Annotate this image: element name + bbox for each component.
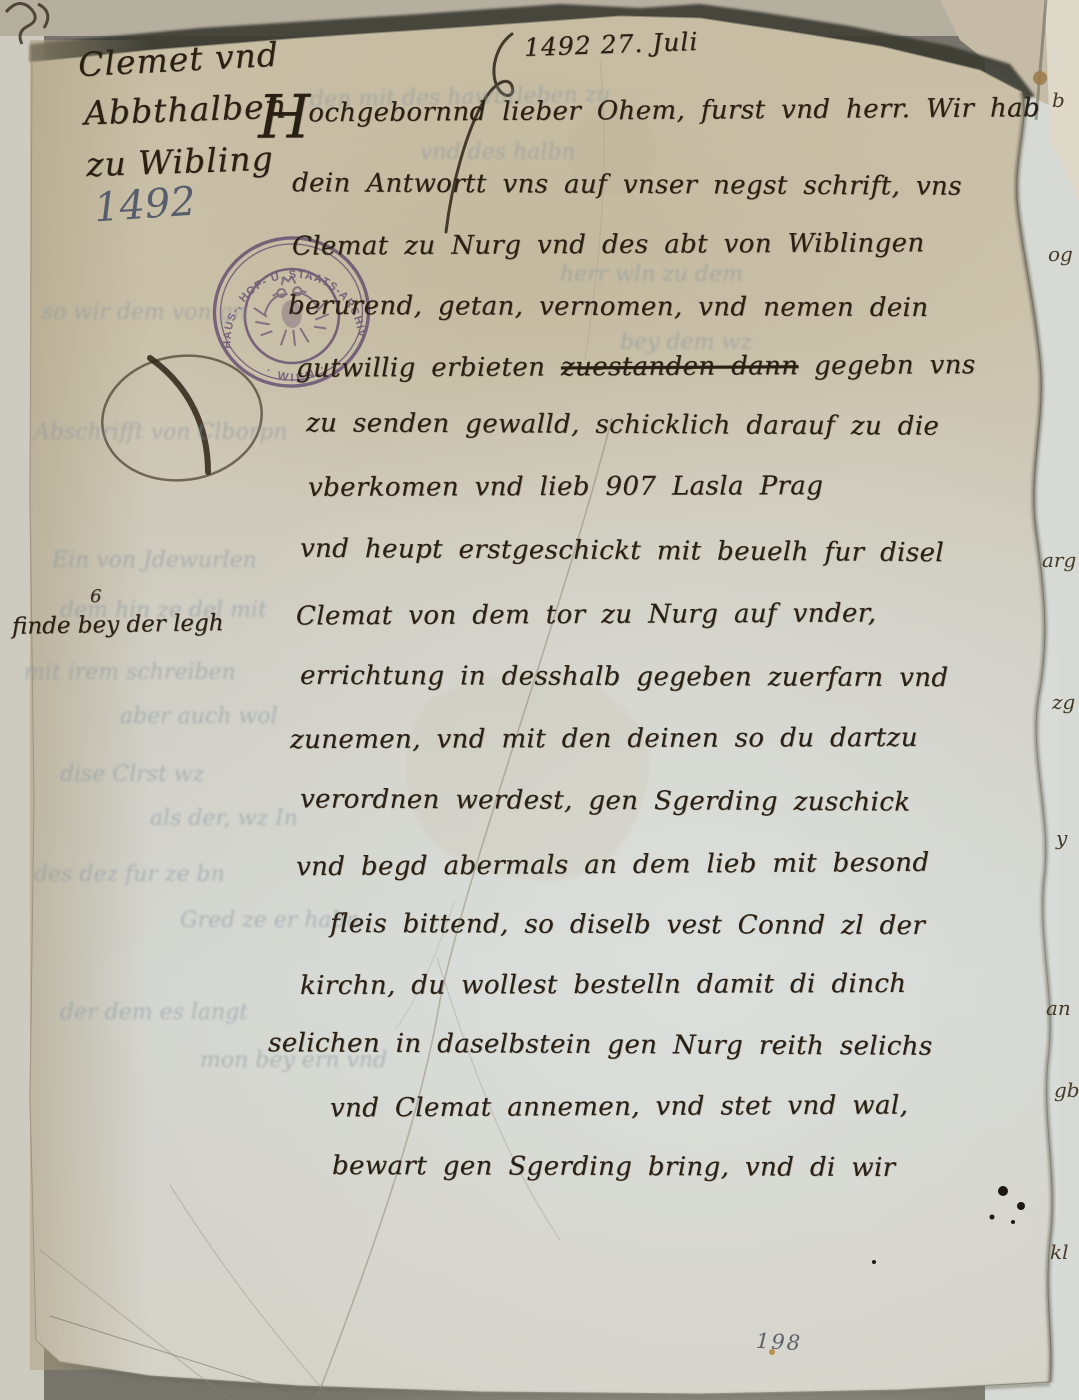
margin-year: 1492 [93,179,198,232]
manuscript-line: Clemat von dem tor zu Nurg auf vnder, [296,598,876,631]
margin-note-number: 6 [90,586,101,607]
manuscript-line: fleis bittend, so diselb vest Connd zl d… [330,909,925,941]
bleedthrough-line: herr wln zu dem [560,262,743,287]
manuscript-line-text: ochgebornnd lieber Ohem, furst vnd herr.… [308,93,1040,128]
date-annotation: 1492 27. Juli [524,27,699,62]
manuscript-line: zu senden gewalld, schicklich darauf zu … [306,408,939,441]
margin-title-line: zu Wibling [85,139,274,185]
folio-number: 198 [755,1329,802,1355]
initial-capital: H [258,82,309,152]
manuscript-line: gutwillig erbieten zuestanden dann gegeb… [296,350,976,384]
edge-ink-fragment: og [1048,242,1073,266]
bleedthrough-line: mit irem schreiben [24,660,236,685]
manuscript-line-text: gutwillig erbieten [296,352,561,383]
manuscript-line: bewart gen Sgerding bring, vnd di wir [332,1151,896,1183]
manuscript-line: Clemat zu Nurg vnd des abt von Wiblingen [292,228,925,261]
margin-note: finde bey der legh [12,610,224,640]
bleedthrough-line: als der, wz In [150,806,298,831]
manuscript-photo: HAUS-, HOF- U. STAATS-ARCHIV · WIEN · [0,0,1079,1400]
bleedthrough-line: dise Clrst wz [60,762,204,787]
brown-stain-spot [1033,71,1047,85]
manuscript-line: vnd heupt erstgeschickt mit beuelh fur d… [300,534,944,568]
manuscript-line: vnd Clemat annemen, vnd stet vnd wal, [330,1090,908,1123]
manuscript-line: Hochgebornnd lieber Ohem, furst vnd herr… [258,93,1040,128]
bleedthrough-line: der dem es langt [60,1000,248,1025]
manuscript-line: zunemen, vnd mit den deinen so du dartzu [290,723,918,755]
edge-ink-fragment: y [1056,826,1067,850]
bleedthrough-line: so wir dem von gn [42,300,247,325]
edge-ink-fragment: b [1052,88,1065,112]
edge-ink-fragment: kl [1050,1240,1069,1264]
manuscript-line: kirchn, du wollest bestelln damit di din… [300,969,907,1001]
manuscript-line: dein Antwortt vns auf vnser negst schrif… [292,168,962,202]
manuscript-line: errichtung in desshalb gegeben zuerfarn … [300,661,949,693]
manuscript-line: selichen in daselbstein gen Nurg reith s… [268,1028,933,1061]
edge-ink-fragment: arg [1042,548,1076,572]
manuscript-line: vnd begd abermals an dem lieb mit besond [296,848,930,882]
bleedthrough-line: vnd des halbn [420,140,576,165]
edge-ink-fragment: an [1046,996,1071,1020]
manuscript-line: verordnen werdest, gen Sgerding zuschick [300,784,911,817]
edge-ink-fragment: gb [1054,1078,1079,1102]
manuscript-line-text: gegebn vns [798,350,975,381]
bleedthrough-line: Ein von Jdewurlen [52,548,257,573]
bleedthrough-line: Abschrifft von Clborpn [34,420,288,445]
manuscript-line: berurend, getan, vernomen, vnd nemen dei… [288,291,929,323]
margin-title-line: Abbthalben [83,86,287,132]
edge-ink-fragment: zg [1052,690,1075,714]
manuscript-line: vberkomen vnd lieb 907 Lasla Prag [308,471,823,503]
bleedthrough-line: des dez fur ze bn [34,862,225,887]
struck-through-text: zuestanden dann [561,351,799,382]
bleedthrough-line: aber auch wol [120,704,278,729]
